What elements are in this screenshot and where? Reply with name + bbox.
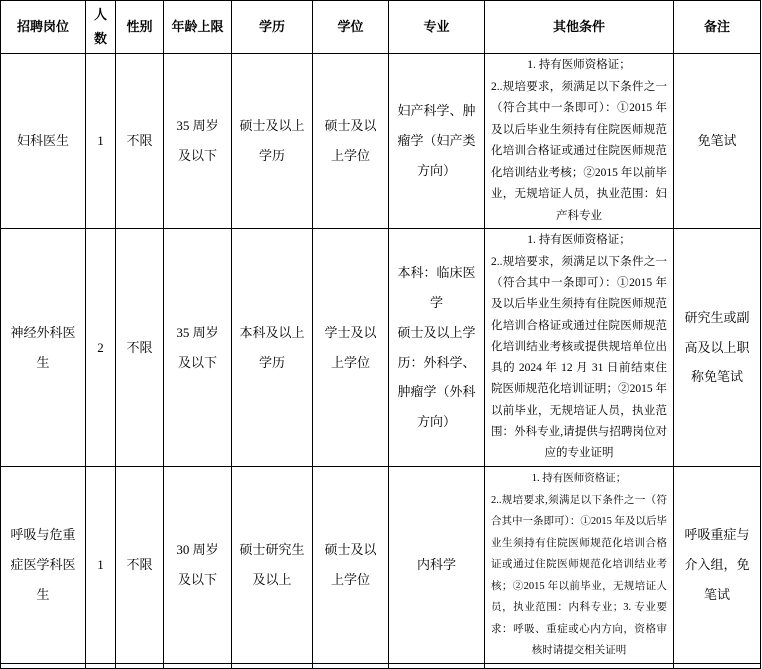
- cell-age-limit: 35 周岁及以下: [164, 54, 232, 229]
- cell-other-conditions: 1. 持有医师资格证； 2..规培要求，须满足以下条件之一（符合其中一条即可）：…: [485, 54, 674, 229]
- header-major: 专业: [389, 1, 485, 54]
- condition-paragraph: 2..规培要求，须满足以下条件之一（符合其中一条即可）：①2015 年及以后毕业…: [491, 77, 667, 228]
- header-gender: 性别: [116, 1, 164, 54]
- table-row: 妇科医生 1 不限 35 周岁及以下 硕士及以上学历 硕士及以上学位 妇产科学、…: [1, 54, 761, 229]
- cell-age-limit: 35 周岁及以下: [164, 229, 232, 467]
- recruitment-table: 招聘岗位 人数 性别 年龄上限 学历 学位 专业 其他条件 备注 妇科医生 1 …: [0, 0, 761, 669]
- header-row: 招聘岗位 人数 性别 年龄上限 学历 学位 专业 其他条件 备注: [1, 1, 761, 54]
- cell-education: 硕士及以上学历: [232, 54, 313, 229]
- cell-major: 内科学: [389, 467, 485, 664]
- header-position: 招聘岗位: [1, 1, 86, 54]
- major-paragraph: 妇产科学、肿瘤学（妇产类方向）: [395, 96, 478, 186]
- header-degree: 学位: [313, 1, 389, 54]
- header-remark: 备注: [674, 1, 761, 54]
- cell-major: 妇产科学、肿瘤学（妇产类方向）: [389, 54, 485, 229]
- cell-other-conditions: 1. 持有医师资格证； 2..规培要求，须满足以下条件之一（符合其中一条即可）：…: [485, 229, 674, 467]
- cell-education: 本科及以上学历: [232, 229, 313, 467]
- cell-degree: 硕士及以上学位: [313, 467, 389, 664]
- header-education: 学历: [232, 1, 313, 54]
- cell-remark: 呼吸重症与介入组，免笔试: [674, 467, 761, 664]
- condition-paragraph: 1. 持有医师资格证；: [491, 468, 667, 490]
- cell-count: 2: [86, 229, 116, 467]
- table-row: 神经外科医生 2 不限 35 周岁及以下 本科及以上学历 学士及以上学位 本科：…: [1, 229, 761, 467]
- cell-position: 神经外科医生: [1, 229, 86, 467]
- cell-age-limit: 30 周岁及以下: [164, 467, 232, 664]
- cell-degree: 学士及以上学位: [313, 229, 389, 467]
- major-paragraph: 内科学: [395, 550, 478, 580]
- cell-count: 1: [86, 54, 116, 229]
- cell-gender: 不限: [116, 467, 164, 664]
- cell-other-conditions: 1. 持有医师资格证； 2..规培要求,须满足以下条件之一（符合其中一条即可）：…: [485, 467, 674, 664]
- cell-count: 1: [86, 467, 116, 664]
- cell-degree: 硕士及以上学位: [313, 54, 389, 229]
- condition-paragraph: 2..规培要求，须满足以下条件之一（符合其中一条即可）：①2015 年及以后毕业…: [491, 252, 667, 465]
- table-row: 呼吸与危重症医学科医生 1 不限 30 周岁及以下 硕士研究生及以上 硕士及以上…: [1, 467, 761, 664]
- cell-position: 呼吸与危重症医学科医生: [1, 467, 86, 664]
- major-paragraph: 本科：临床医学: [395, 258, 478, 318]
- header-count: 人数: [86, 1, 116, 54]
- cell-position: 妇科医生: [1, 54, 86, 229]
- cell-remark: 研究生或副高及以上职称免笔试: [674, 229, 761, 467]
- condition-paragraph: 1. 持有医师资格证；: [491, 230, 667, 251]
- condition-paragraph: 1. 持有医师资格证；: [491, 55, 667, 77]
- table-row-partial: [1, 664, 761, 669]
- header-other-conditions: 其他条件: [485, 1, 674, 54]
- cell-education: 硕士研究生及以上: [232, 467, 313, 664]
- cell-major: 本科：临床医学 硕士及以上学历：外科学、肿瘤学（外科方向）: [389, 229, 485, 467]
- major-paragraph: 硕士及以上学历：外科学、肿瘤学（外科方向）: [395, 318, 478, 438]
- cell-remark: 免笔试: [674, 54, 761, 229]
- cell-gender: 不限: [116, 229, 164, 467]
- cell-gender: 不限: [116, 54, 164, 229]
- condition-paragraph: 2..规培要求,须满足以下条件之一（符合其中一条即可）：①2015 年及以后毕业…: [491, 490, 667, 662]
- header-age-limit: 年龄上限: [164, 1, 232, 54]
